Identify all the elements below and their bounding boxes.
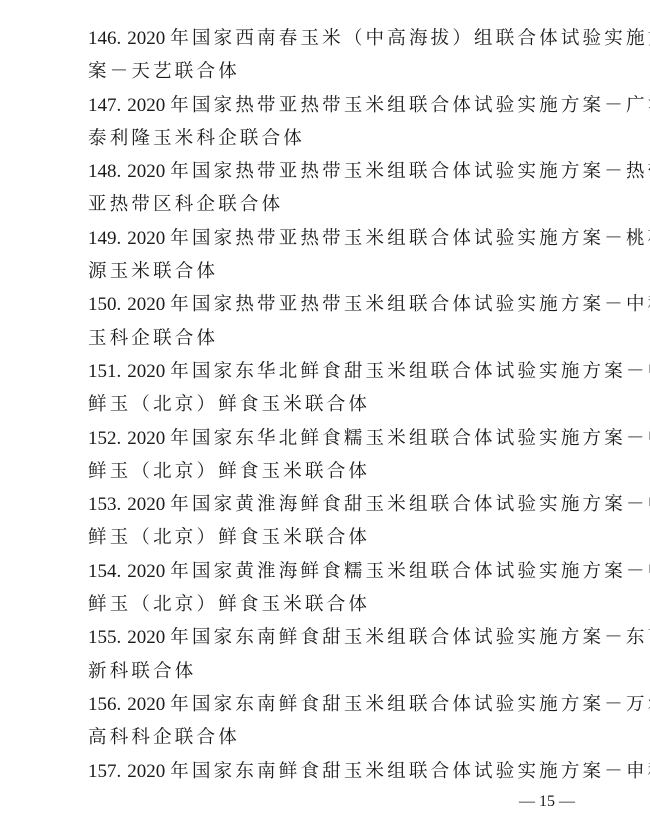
item-year: 2020 <box>127 95 165 116</box>
item-number: 147. <box>88 95 121 116</box>
list-item-148: 148.2020年国家热带亚热带玉米组联合体试验实施方案－热带 <box>88 155 572 188</box>
item-number: 156. <box>88 694 121 715</box>
page-number: — 15 — <box>519 793 575 811</box>
list-item-151-cont: 鲜玉（北京）鲜食玉米联合体 <box>88 388 572 421</box>
item-title: 年国家热带亚热带玉米组联合体试验实施方案－中科 <box>170 294 650 315</box>
list-item-152: 152.2020年国家东华北鲜食糯玉米组联合体试验实施方案－中 <box>88 422 572 455</box>
item-year: 2020 <box>127 361 165 382</box>
list-item-153: 153.2020年国家黄淮海鲜食甜玉米组联合体试验实施方案－中 <box>88 488 572 521</box>
list-item-146: 146.2020年国家西南春玉米（中高海拔）组联合体试验实施方 <box>88 22 572 55</box>
list-item-148-cont: 亚热带区科企联合体 <box>88 188 572 221</box>
item-year: 2020 <box>127 761 165 782</box>
list-item-154-cont: 鲜玉（北京）鲜食玉米联合体 <box>88 588 572 621</box>
item-title: 年国家西南春玉米（中高海拔）组联合体试验实施方 <box>170 28 650 49</box>
item-number: 146. <box>88 28 121 49</box>
list-item-157: 157.2020年国家东南鲜食甜玉米组联合体试验实施方案－申科 <box>88 755 572 788</box>
list-item-155-cont: 新科联合体 <box>88 655 572 688</box>
item-title: 年国家东华北鲜食甜玉米组联合体试验实施方案－中 <box>170 361 650 382</box>
item-year: 2020 <box>127 294 165 315</box>
item-year: 2020 <box>127 228 165 249</box>
item-title: 年国家东华北鲜食糯玉米组联合体试验实施方案－中 <box>170 428 650 449</box>
list-item-156: 156.2020年国家东南鲜食甜玉米组联合体试验实施方案－万农 <box>88 688 572 721</box>
item-year: 2020 <box>127 627 165 648</box>
item-number: 152. <box>88 428 121 449</box>
list-item-153-cont: 鲜玉（北京）鲜食玉米联合体 <box>88 521 572 554</box>
item-title: 年国家东南鲜食甜玉米组联合体试验实施方案－东南 <box>170 627 650 648</box>
item-title: 年国家热带亚热带玉米组联合体试验实施方案－广汉 <box>170 95 650 116</box>
list-item-155: 155.2020年国家东南鲜食甜玉米组联合体试验实施方案－东南 <box>88 621 572 654</box>
list-item-154: 154.2020年国家黄淮海鲜食糯玉米组联合体试验实施方案－中 <box>88 555 572 588</box>
list-item-150-cont: 玉科企联合体 <box>88 322 572 355</box>
item-title: 年国家黄淮海鲜食糯玉米组联合体试验实施方案－中 <box>170 561 650 582</box>
item-number: 153. <box>88 494 121 515</box>
item-number: 157. <box>88 761 121 782</box>
item-number: 150. <box>88 294 121 315</box>
item-title: 年国家东南鲜食甜玉米组联合体试验实施方案－万农 <box>170 694 650 715</box>
list-item-149: 149.2020年国家热带亚热带玉米组联合体试验实施方案－桃花 <box>88 222 572 255</box>
item-number: 151. <box>88 361 121 382</box>
item-year: 2020 <box>127 28 165 49</box>
list-item-147-cont: 泰利隆玉米科企联合体 <box>88 122 572 155</box>
item-year: 2020 <box>127 494 165 515</box>
list-item-151: 151.2020年国家东华北鲜食甜玉米组联合体试验实施方案－中 <box>88 355 572 388</box>
item-title: 年国家热带亚热带玉米组联合体试验实施方案－桃花 <box>170 228 650 249</box>
item-title: 年国家黄淮海鲜食甜玉米组联合体试验实施方案－中 <box>170 494 650 515</box>
list-item-149-cont: 源玉米联合体 <box>88 255 572 288</box>
item-year: 2020 <box>127 561 165 582</box>
item-title: 年国家热带亚热带玉米组联合体试验实施方案－热带 <box>170 161 650 182</box>
item-number: 148. <box>88 161 121 182</box>
item-number: 149. <box>88 228 121 249</box>
item-year: 2020 <box>127 428 165 449</box>
list-item-152-cont: 鲜玉（北京）鲜食玉米联合体 <box>88 455 572 488</box>
item-year: 2020 <box>127 161 165 182</box>
item-number: 155. <box>88 627 121 648</box>
document-page: 146.2020年国家西南春玉米（中高海拔）组联合体试验实施方 案－天艺联合体 … <box>0 0 650 816</box>
document-list: 146.2020年国家西南春玉米（中高海拔）组联合体试验实施方 案－天艺联合体 … <box>88 22 572 788</box>
item-title: 年国家东南鲜食甜玉米组联合体试验实施方案－申科 <box>170 761 650 782</box>
item-number: 154. <box>88 561 121 582</box>
item-year: 2020 <box>127 694 165 715</box>
list-item-150: 150.2020年国家热带亚热带玉米组联合体试验实施方案－中科 <box>88 288 572 321</box>
list-item-146-cont: 案－天艺联合体 <box>88 55 572 88</box>
list-item-147: 147.2020年国家热带亚热带玉米组联合体试验实施方案－广汉 <box>88 89 572 122</box>
list-item-156-cont: 高科科企联合体 <box>88 721 572 754</box>
